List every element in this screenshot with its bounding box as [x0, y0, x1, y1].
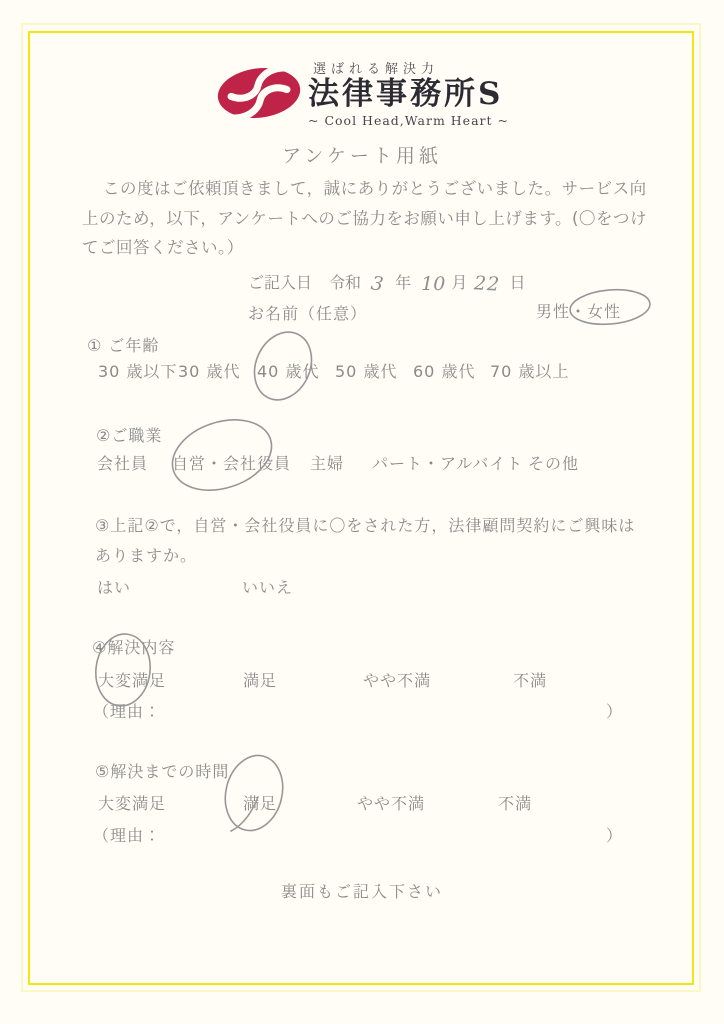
date-label: ご記入日: [248, 273, 312, 292]
q2-option-selected: 自営・会社役員: [172, 451, 291, 474]
q2-option: その他: [528, 451, 579, 474]
q2-heading: ②ご職業: [96, 423, 162, 446]
logo-tagline: 選ばれる解決力: [308, 58, 509, 77]
year-unit: 年: [395, 273, 411, 292]
q4-options-row: 大変満足 満足 やや不満 不満: [0, 668, 724, 692]
footer-note: 裏面もご記入下さい: [0, 879, 724, 902]
s-swirl-logo-icon: [215, 57, 303, 129]
gender-option-female: 女性: [587, 302, 621, 321]
logo-name: 法律事務所S: [308, 77, 509, 113]
q4-option: 不満: [513, 668, 547, 691]
day-unit: 日: [510, 273, 526, 292]
intro-paragraph: この度はご依頼頂きまして，誠にありがとうございました。サービス向 上のため，以下…: [82, 174, 652, 263]
q2-option: 会社員: [97, 451, 148, 474]
q5-option: やや不満: [357, 791, 425, 814]
law-office-logo: 選ばれる解決力 法律事務所S ~ Cool Head,Warm Heart ~: [215, 57, 509, 129]
gender-options: 男性・女性: [536, 299, 621, 322]
q5-reason-open: （理由：: [93, 823, 161, 846]
handwritten-year-value: 3: [370, 274, 385, 295]
q4-heading: ④解決内容: [92, 635, 175, 658]
q5-reason-line: （理由： ）: [0, 823, 724, 847]
intro-line: てご回答ください。）: [82, 233, 652, 263]
date-line: ご記入日令和3年10月22日: [248, 270, 526, 294]
q3-heading-line: ありますか。: [95, 543, 197, 566]
intro-line: 上のため，以下，アンケートへのご協力をお願い申し上げます。(〇をつけ: [82, 204, 652, 234]
gender-option-male: 男性: [536, 302, 570, 321]
intro-line: この度はご依頼頂きまして，誠にありがとうございました。サービス向: [82, 174, 652, 204]
handwritten-day-value: 22: [474, 274, 501, 294]
q5-reason-close: ）: [606, 823, 622, 846]
q1-option-selected: 40 歳代: [257, 359, 319, 382]
q4-option: 満足: [243, 668, 277, 691]
q2-option: パート・アルバイト: [372, 451, 523, 474]
q5-options-row: 大変満足 満足 やや不満 不満: [0, 791, 724, 815]
month-unit: 月: [451, 273, 467, 292]
q4-reason-close: ）: [606, 699, 622, 722]
q1-option: 50 歳代: [335, 359, 397, 382]
q3-options-row: はい いいえ: [0, 575, 724, 599]
q1-option: 30 歳代: [178, 359, 240, 382]
gender-separator: ・: [570, 302, 587, 321]
q4-option: やや不満: [363, 668, 431, 691]
q4-option-selected: 大変満足: [98, 668, 166, 691]
q1-option: 70 歳以上: [490, 359, 569, 382]
q4-reason-open: （理由：: [93, 699, 161, 722]
q1-heading: ① ご年齢: [87, 333, 159, 356]
form-title: アンケート用紙: [0, 141, 724, 168]
logo-text-block: 選ばれる解決力 法律事務所S ~ Cool Head,Warm Heart ~: [308, 58, 509, 128]
q4-reason-line: （理由： ）: [0, 699, 724, 723]
q5-heading: ⑤解決までの時間: [95, 759, 229, 782]
scanned-survey-page: 選ばれる解決力 法律事務所S ~ Cool Head,Warm Heart ~ …: [0, 0, 724, 1024]
name-label: お名前（任意）: [248, 301, 367, 324]
q2-options-row: 会社員 自営・会社役員 主婦 パート・アルバイト その他: [0, 451, 724, 475]
q5-option-selected: 満足: [243, 791, 277, 814]
handwritten-month-value: 10: [421, 275, 445, 294]
q5-option: 不満: [498, 791, 532, 814]
q2-option: 主婦: [310, 451, 344, 474]
q3-option: はい: [97, 575, 131, 598]
q3-option: いいえ: [242, 575, 293, 598]
logo-subtitle: ~ Cool Head,Warm Heart ~: [308, 113, 509, 128]
era-label: 令和: [329, 273, 361, 292]
q3-heading-line: ③上記②で，自営・会社役員に〇をされた方，法律顧問契約にご興味は: [95, 513, 635, 536]
q5-option: 大変満足: [98, 791, 166, 814]
q1-options-row: 30 歳以下 30 歳代 40 歳代 50 歳代 60 歳代 70 歳以上: [0, 359, 724, 383]
q1-option: 30 歳以下: [98, 359, 177, 382]
q1-option: 60 歳代: [413, 359, 475, 382]
